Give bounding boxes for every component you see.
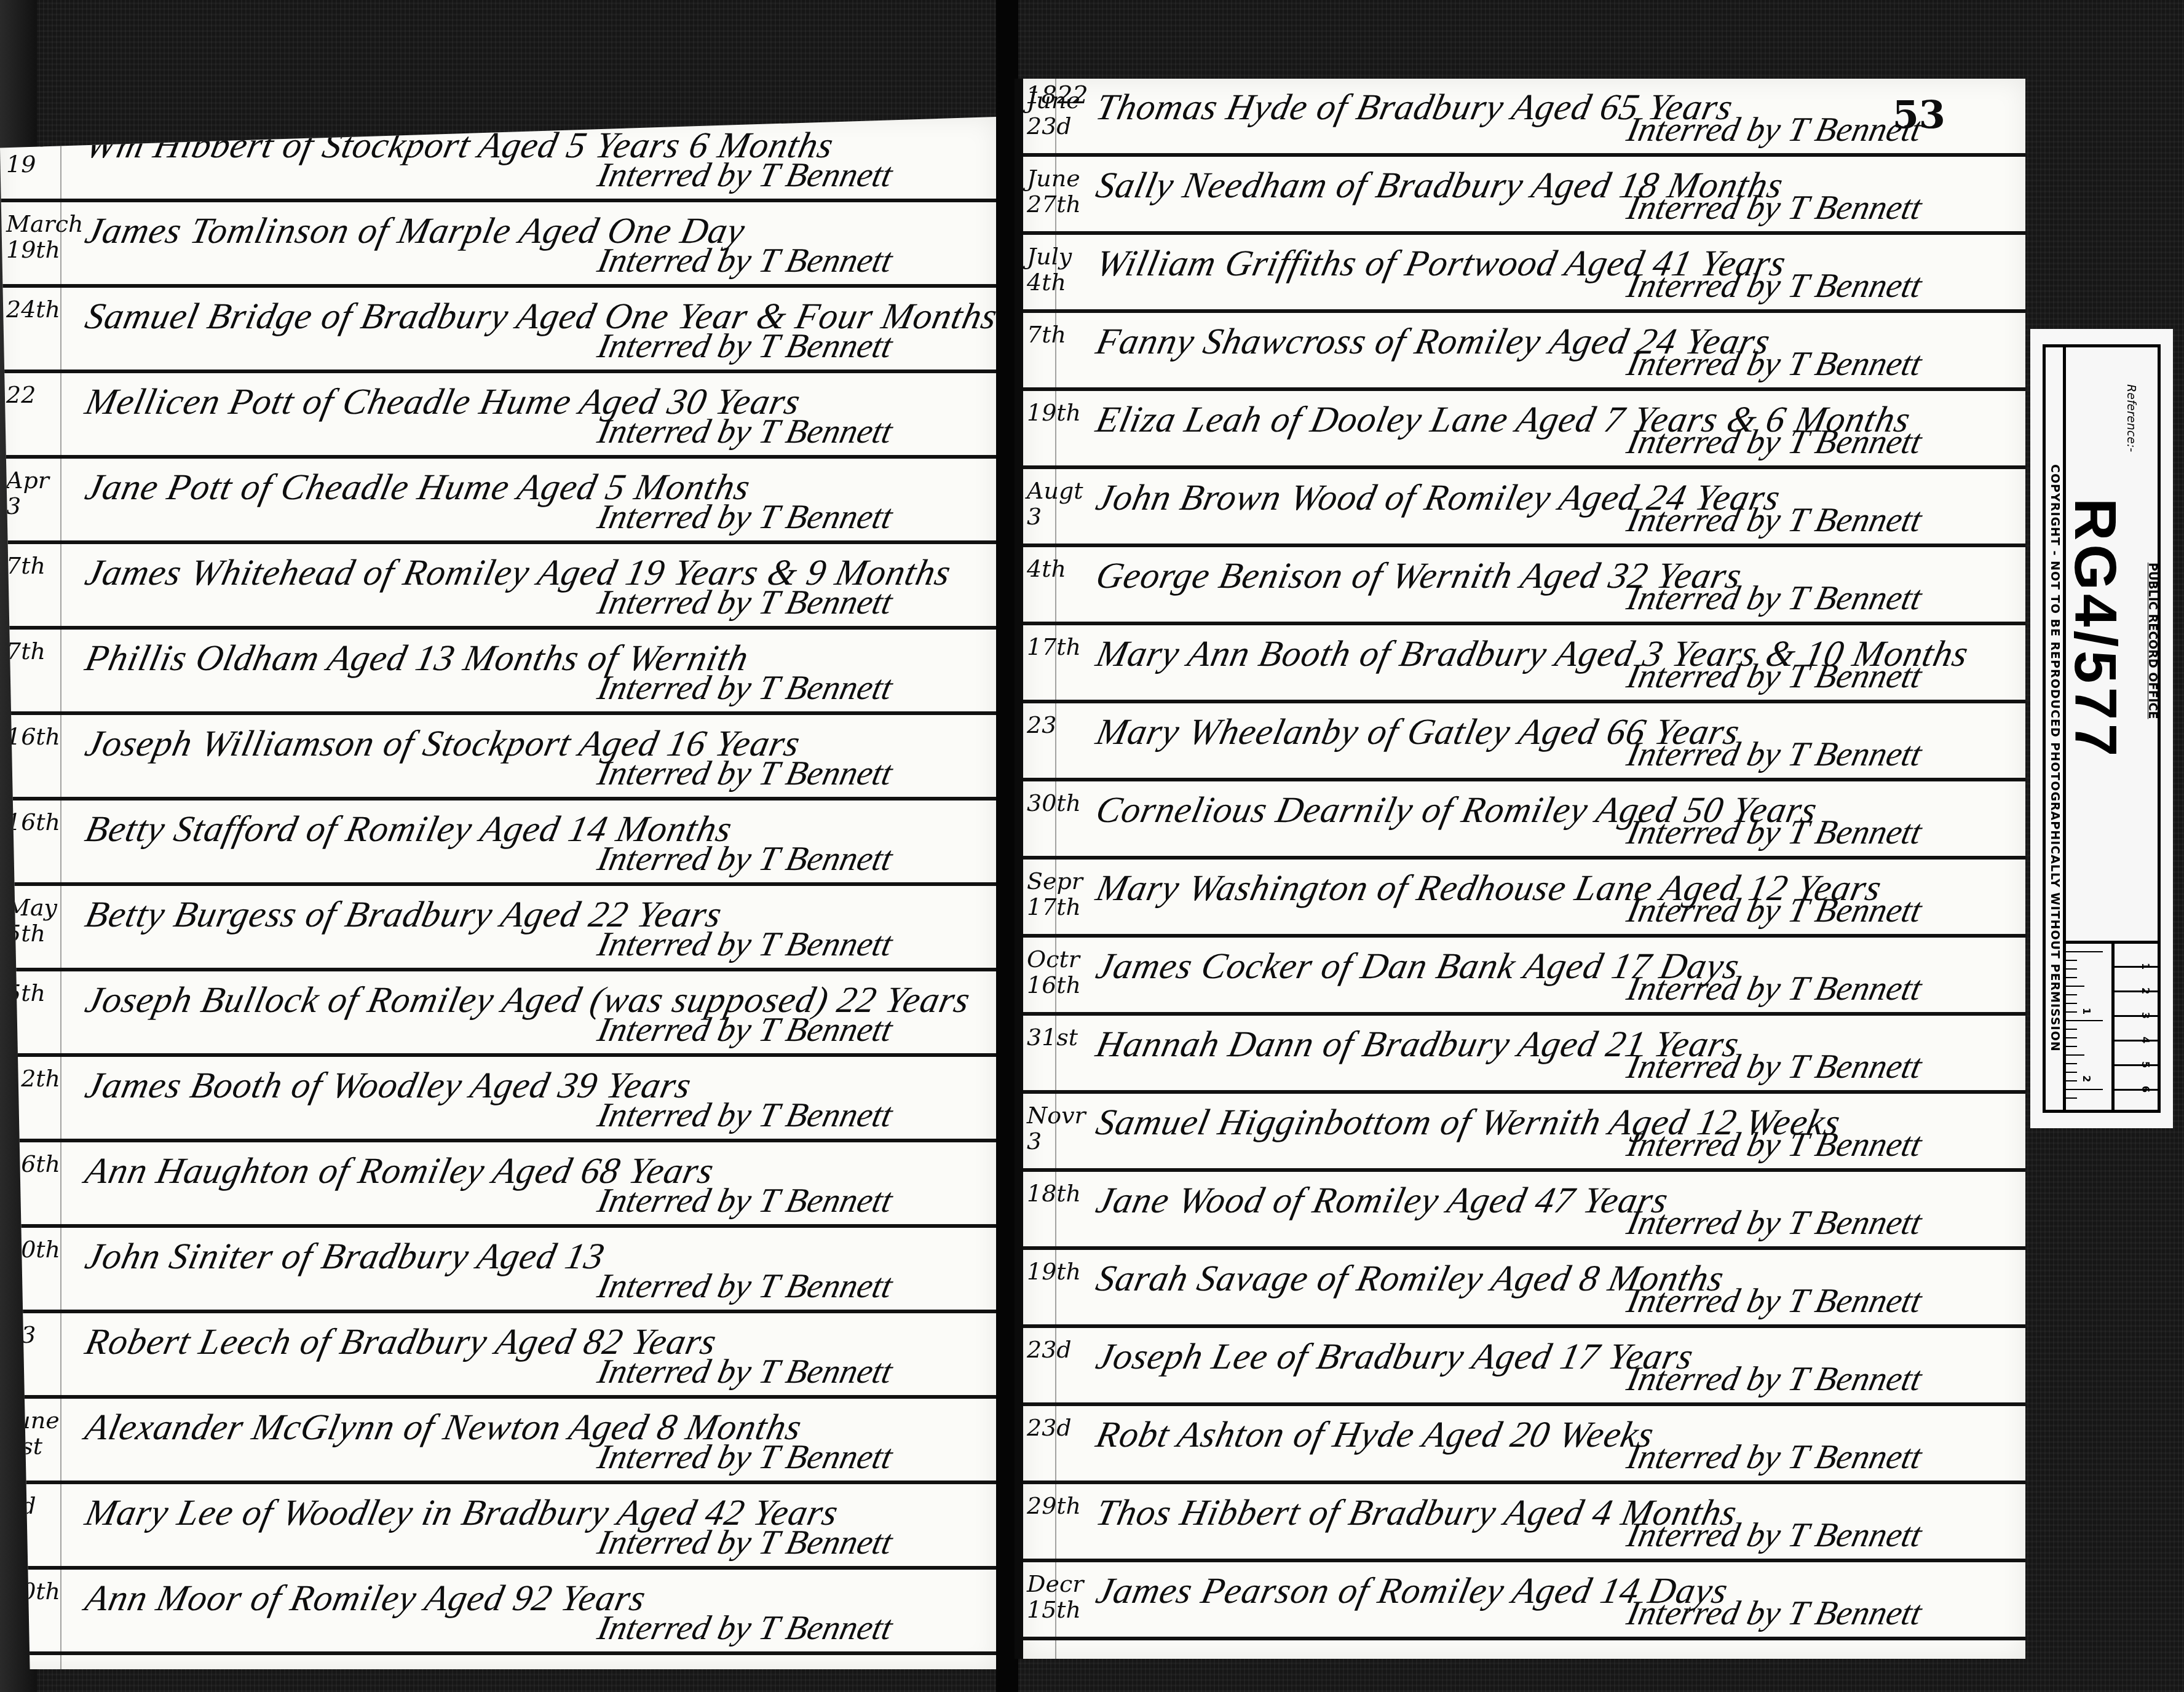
entry-date: 16th [6, 724, 61, 749]
cm-tick: 3 [2115, 1015, 2158, 1017]
measurement-scale: 12345612 [2066, 941, 2158, 1110]
burial-entry: 16thAnn Haughton of Romiley Aged 68 Year… [0, 1142, 996, 1228]
entry-interred-by: Interred by T Bennett [594, 413, 895, 450]
entry-interred-by: Interred by T Bennett [1623, 189, 1925, 226]
entry-interred-by: Interred by T Bennett [1623, 1517, 1925, 1554]
copyright-notice: COPYRIGHT - NOT TO BE REPRODUCED PHOTOGR… [2048, 464, 2062, 1052]
inch-subtick [2066, 1037, 2077, 1038]
cm-tick: 1 [2115, 966, 2158, 968]
entry-interred-by: Interred by T Bennett [594, 1182, 895, 1219]
entry-interred-by: Interred by T Bennett [594, 1524, 895, 1561]
inch-subtick [2066, 1046, 2077, 1047]
inch-subtick [2066, 986, 2084, 987]
burial-entry: 23Mary Wheelanby of Gatley Aged 66 Years… [1023, 703, 2025, 781]
cm-tick: 2 [2115, 990, 2158, 992]
burial-entry: 17thMary Ann Booth of Bradbury Aged 3 Ye… [1023, 625, 2025, 703]
inch-subtick [2066, 1003, 2077, 1004]
burial-entry: 23dJoseph Lee of Bradbury Aged 17 YearsI… [1023, 1328, 2025, 1406]
entry-interred-by: Interred by T Bennett [1623, 658, 1925, 695]
burial-entry: Decr 15thJames Pearson of Romiley Aged 1… [1023, 1562, 2025, 1640]
inch-label: 1 [2081, 1008, 2092, 1014]
entry-interred-by: Interred by T Bennett [594, 1610, 895, 1647]
entry-date: Apr 3 [6, 467, 61, 519]
entry-interred-by: Interred by T Bennett [1623, 1204, 1925, 1241]
cm-tick-label: 6 [2140, 1086, 2151, 1093]
inch-subtick [2066, 1054, 2084, 1056]
entry-interred-by: Interred by T Bennett [594, 1011, 895, 1048]
cm-tick: 5 [2115, 1064, 2158, 1066]
entry-date: 7th [6, 638, 61, 664]
entry-interred-by: Interred by T Bennett [594, 328, 895, 365]
burial-entry: 23dRobt Ashton of Hyde Aged 20 WeeksInte… [1023, 1406, 2025, 1484]
inch-subtick [2066, 1072, 2077, 1073]
reference-caption: Reference:- [2124, 384, 2138, 452]
entry-interred-by: Interred by T Bennett [1623, 814, 1925, 851]
inch-subtick [2066, 977, 2077, 978]
inch-subtick [2066, 951, 2103, 952]
entry-interred-by: Interred by T Bennett [594, 840, 895, 877]
burial-entry: 7thJames Whitehead of Romiley Aged 19 Ye… [0, 544, 996, 630]
entry-interred-by: Interred by T Bennett [594, 499, 895, 536]
entry-date: Decr 15th [1027, 1571, 1082, 1623]
entry-date: Sepr 17th [1027, 868, 1082, 920]
inch-subtick [2066, 1080, 2077, 1081]
entry-interred-by: Interred by T Bennett [594, 755, 895, 792]
reference-code: RG4/577 [2061, 498, 2129, 760]
entry-date: 23d [1027, 1337, 1082, 1362]
entry-interred-by: Interred by T Bennett [1623, 892, 1925, 929]
entry-interred-by: Interred by T Bennett [594, 1439, 895, 1476]
burial-entry: June 27thSally Needham of Bradbury Aged … [1023, 157, 2025, 235]
burial-entry: 20thAnn Moor of Romiley Aged 92 YearsInt… [0, 1570, 996, 1655]
entry-interred-by: Interred by T Bennett [1623, 111, 1925, 148]
entry-date: 19th [1027, 400, 1082, 425]
entry-date: 24th [6, 296, 61, 322]
burial-entry: 16thJoseph Williamson of Stockport Aged … [0, 715, 996, 801]
entry-interred-by: Interred by T Bennett [1623, 424, 1925, 461]
entry-date: 4th [1027, 556, 1082, 582]
entry-interred-by: Interred by T Bennett [1623, 502, 1925, 539]
burial-entry: Octr 16thJames Cocker of Dan Bank Aged 1… [1023, 938, 2025, 1016]
cm-tick-label: 5 [2140, 1061, 2151, 1068]
burial-entry: 19thSarah Savage of Romiley Aged 8 Month… [1023, 1250, 2025, 1328]
cm-tick-label: 4 [2140, 1037, 2151, 1043]
burial-entry: Sepr 17thMary Washington of Redhouse Lan… [1023, 860, 2025, 938]
entry-date: 30th [1027, 790, 1082, 816]
burial-entry: May 5thBetty Burgess of Bradbury Aged 22… [0, 886, 996, 971]
entry-date: 18th [1027, 1180, 1082, 1206]
entry-date: 29th [1027, 1493, 1082, 1519]
entry-interred-by: Interred by T Bennett [1623, 1283, 1925, 1319]
entry-interred-by: Interred by T Bennett [594, 157, 895, 194]
burial-entry: 23Robert Leech of Bradbury Aged 82 Years… [0, 1313, 996, 1399]
entry-interred-by: Interred by T Bennett [594, 1268, 895, 1305]
entry-interred-by: Interred by T Bennett [1623, 1439, 1925, 1476]
burial-entry: 12thJames Booth of Woodley Aged 39 Years… [0, 1057, 996, 1142]
cm-tick: 6 [2115, 1089, 2158, 1091]
inch-subtick [2066, 960, 2077, 961]
inch-subtick [2066, 1063, 2077, 1064]
entry-date: 16th [6, 809, 61, 835]
inch-subtick [2066, 994, 2077, 995]
burial-entry: 24thSamuel Bridge of Bradbury Aged One Y… [0, 288, 996, 373]
inch-subtick [2066, 1089, 2103, 1090]
burial-entry: 4thGeorge Benison of Wernith Aged 32 Yea… [1023, 547, 2025, 625]
burial-entry: June 1stAlexander McGlynn of Newton Aged… [0, 1399, 996, 1484]
entry-date: 7th [1027, 322, 1082, 347]
burial-entry: 2dMary Lee of Woodley in Bradbury Aged 4… [0, 1484, 996, 1570]
entry-interred-by: Interred by T Bennett [594, 1097, 895, 1134]
burial-entry: Novr 3Samuel Higginbottom of Wernith Age… [1023, 1094, 2025, 1172]
entry-interred-by: Interred by T Bennett [1623, 1361, 1925, 1397]
entry-date: 17th [1027, 634, 1082, 660]
entry-date: Novr 3 [1027, 1102, 1082, 1154]
entry-date: March 19th [6, 211, 61, 263]
entry-interred-by: Interred by T Bennett [1623, 736, 1925, 773]
burial-entry: Augt 3John Brown Wood of Romiley Aged 24… [1023, 469, 2025, 547]
entry-interred-by: Interred by T Bennett [1623, 267, 1925, 304]
cm-tick-label: 2 [2140, 987, 2151, 994]
inch-subtick [2066, 1097, 2077, 1099]
entry-date: 22 [6, 382, 61, 408]
entry-interred-by: Interred by T Bennett [594, 1353, 895, 1390]
burial-entry: 18thJane Wood of Romiley Aged 47 YearsIn… [1023, 1172, 2025, 1250]
burial-entry: 7thPhillis Oldham Aged 13 Months of Wern… [0, 630, 996, 715]
entry-interred-by: Interred by T Bennett [1623, 580, 1925, 617]
inch-subtick [2066, 1029, 2077, 1030]
entry-date: 23 [1027, 712, 1082, 738]
entry-interred-by: Interred by T Bennett [594, 670, 895, 706]
entry-date: 7th [6, 553, 61, 579]
cm-tick-label: 3 [2140, 1012, 2151, 1019]
cm-tick: 4 [2115, 1040, 2158, 1042]
cm-tick-label: 1 [2140, 963, 2151, 970]
entry-interred-by: Interred by T Bennett [1623, 1048, 1925, 1085]
left-register-page: 1822 Feb 19Wm Hibbert of Stockport Aged … [0, 117, 996, 1669]
burial-entry: July 4thWilliam Griffiths of Portwood Ag… [1023, 235, 2025, 313]
burial-entry: 30thCornelious Dearnily of Romiley Aged … [1023, 781, 2025, 860]
burial-entry: 29thThos Hibbert of Bradbury Aged 4 Mont… [1023, 1484, 2025, 1562]
pro-reference-label: COPYRIGHT - NOT TO BE REPRODUCED PHOTOGR… [2030, 329, 2173, 1128]
inch-label: 2 [2081, 1075, 2092, 1082]
right-register-page: 1822 53 June 23dThomas Hyde of Bradbury … [1015, 79, 2025, 1659]
burial-entry: 5thJoseph Bullock of Romiley Aged (was s… [0, 971, 996, 1057]
entry-interred-by: Interred by T Bennett [1623, 970, 1925, 1007]
burial-entry: 22Mellicen Pott of Cheadle Hume Aged 30 … [0, 373, 996, 459]
entry-date: June 27th [1027, 165, 1082, 217]
burial-entry: Apr 3Jane Pott of Cheadle Hume Aged 5 Mo… [0, 459, 996, 544]
entry-date: 19th [1027, 1259, 1082, 1284]
burial-entry: 31stHannah Dann of Bradbury Aged 21 Year… [1023, 1016, 2025, 1094]
inch-subtick [2066, 1011, 2077, 1013]
entry-date: Augt 3 [1027, 478, 1082, 529]
entry-interred-by: Interred by T Bennett [594, 926, 895, 963]
entry-interred-by: Interred by T Bennett [1623, 1595, 1925, 1632]
burial-entry: 16thBetty Stafford of Romiley Aged 14 Mo… [0, 801, 996, 886]
entry-interred-by: Interred by T Bennett [1623, 1126, 1925, 1163]
burial-entry: 19thEliza Leah of Dooley Lane Aged 7 Yea… [1023, 391, 2025, 469]
inch-subtick [2066, 1020, 2103, 1021]
burial-entry: June 23dThomas Hyde of Bradbury Aged 65 … [1023, 79, 2025, 157]
entry-date: July 4th [1027, 243, 1082, 295]
entry-interred-by: Interred by T Bennett [594, 242, 895, 279]
burial-entry: 7thFanny Shawcross of Romiley Aged 24 Ye… [1023, 313, 2025, 391]
burial-entry: 20thJohn Siniter of Bradbury Aged 13Inte… [0, 1228, 996, 1313]
entry-date: June 23d [1027, 87, 1082, 139]
entry-date: 31st [1027, 1024, 1082, 1050]
entry-date: 23d [1027, 1415, 1082, 1441]
record-office-name: PUBLIC RECORD OFFICE [2146, 563, 2159, 719]
reference-label-frame: COPYRIGHT - NOT TO BE REPRODUCED PHOTOGR… [2043, 344, 2161, 1113]
entry-interred-by: Interred by T Bennett [594, 584, 895, 621]
entry-date: Octr 16th [1027, 946, 1082, 998]
burial-entry: March 19thJames Tomlinson of Marple Aged… [0, 202, 996, 288]
entry-interred-by: Interred by T Bennett [1623, 346, 1925, 382]
inch-subtick [2066, 968, 2077, 970]
